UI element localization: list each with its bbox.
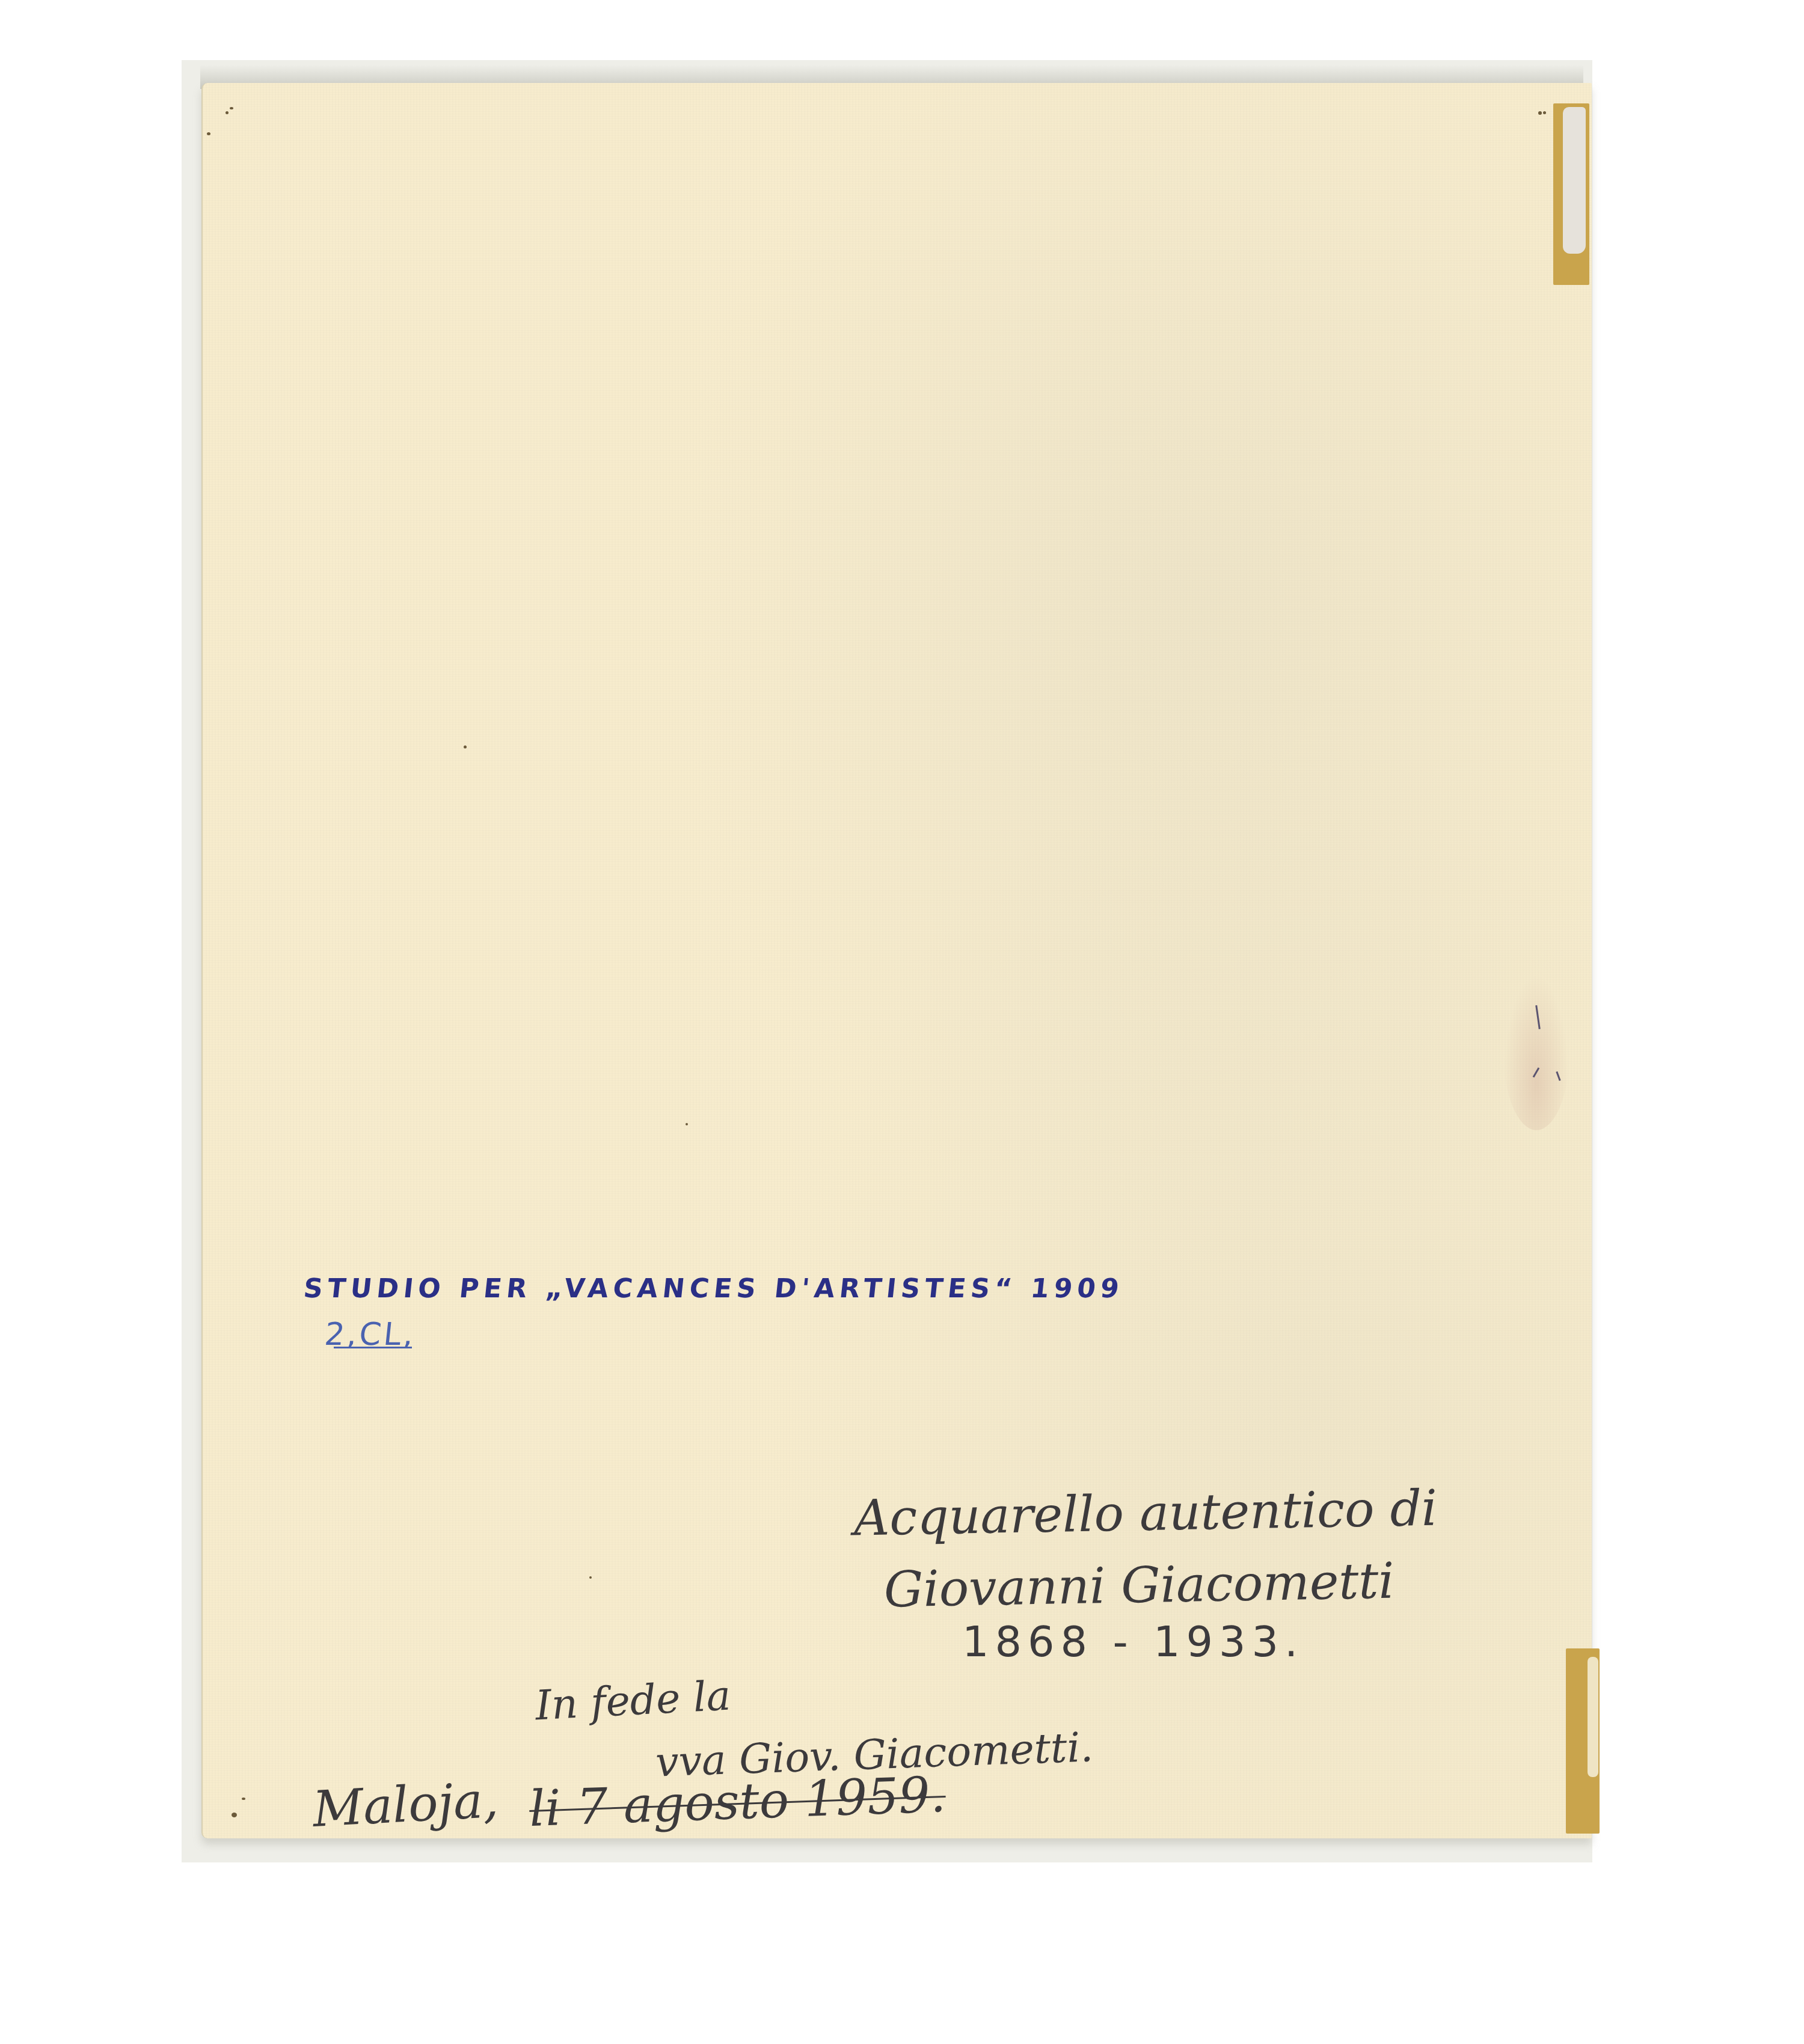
tape-worn-area bbox=[1563, 107, 1586, 254]
certificate-line-2: Giovanni Giacometti bbox=[883, 1553, 1394, 1619]
certificate-line-1: Acquarello autentico di bbox=[853, 1480, 1438, 1547]
reddish-stain bbox=[1503, 974, 1569, 1130]
pin-hole bbox=[207, 132, 210, 135]
speck bbox=[686, 1123, 688, 1125]
tape-worn-area bbox=[1588, 1657, 1598, 1777]
blue-title-note: STUDIO PER „VACANCES D'ARTISTES“ 1909 bbox=[302, 1273, 1125, 1304]
pin-hole bbox=[1538, 111, 1542, 115]
pin-hole bbox=[230, 107, 233, 109]
attestation-place: Maloja, bbox=[311, 1772, 500, 1838]
tape-strip-top-right bbox=[1553, 103, 1589, 285]
certificate-line-3: 1868 - 1933. bbox=[962, 1617, 1304, 1666]
tape-strip-bottom-right bbox=[1566, 1648, 1600, 1834]
speck bbox=[464, 745, 467, 748]
reference-underline bbox=[334, 1347, 412, 1348]
pin-hole bbox=[242, 1798, 245, 1800]
pin-hole bbox=[232, 1813, 237, 1817]
pin-hole bbox=[1543, 111, 1546, 114]
speck bbox=[589, 1576, 592, 1579]
pin-hole bbox=[226, 111, 229, 114]
